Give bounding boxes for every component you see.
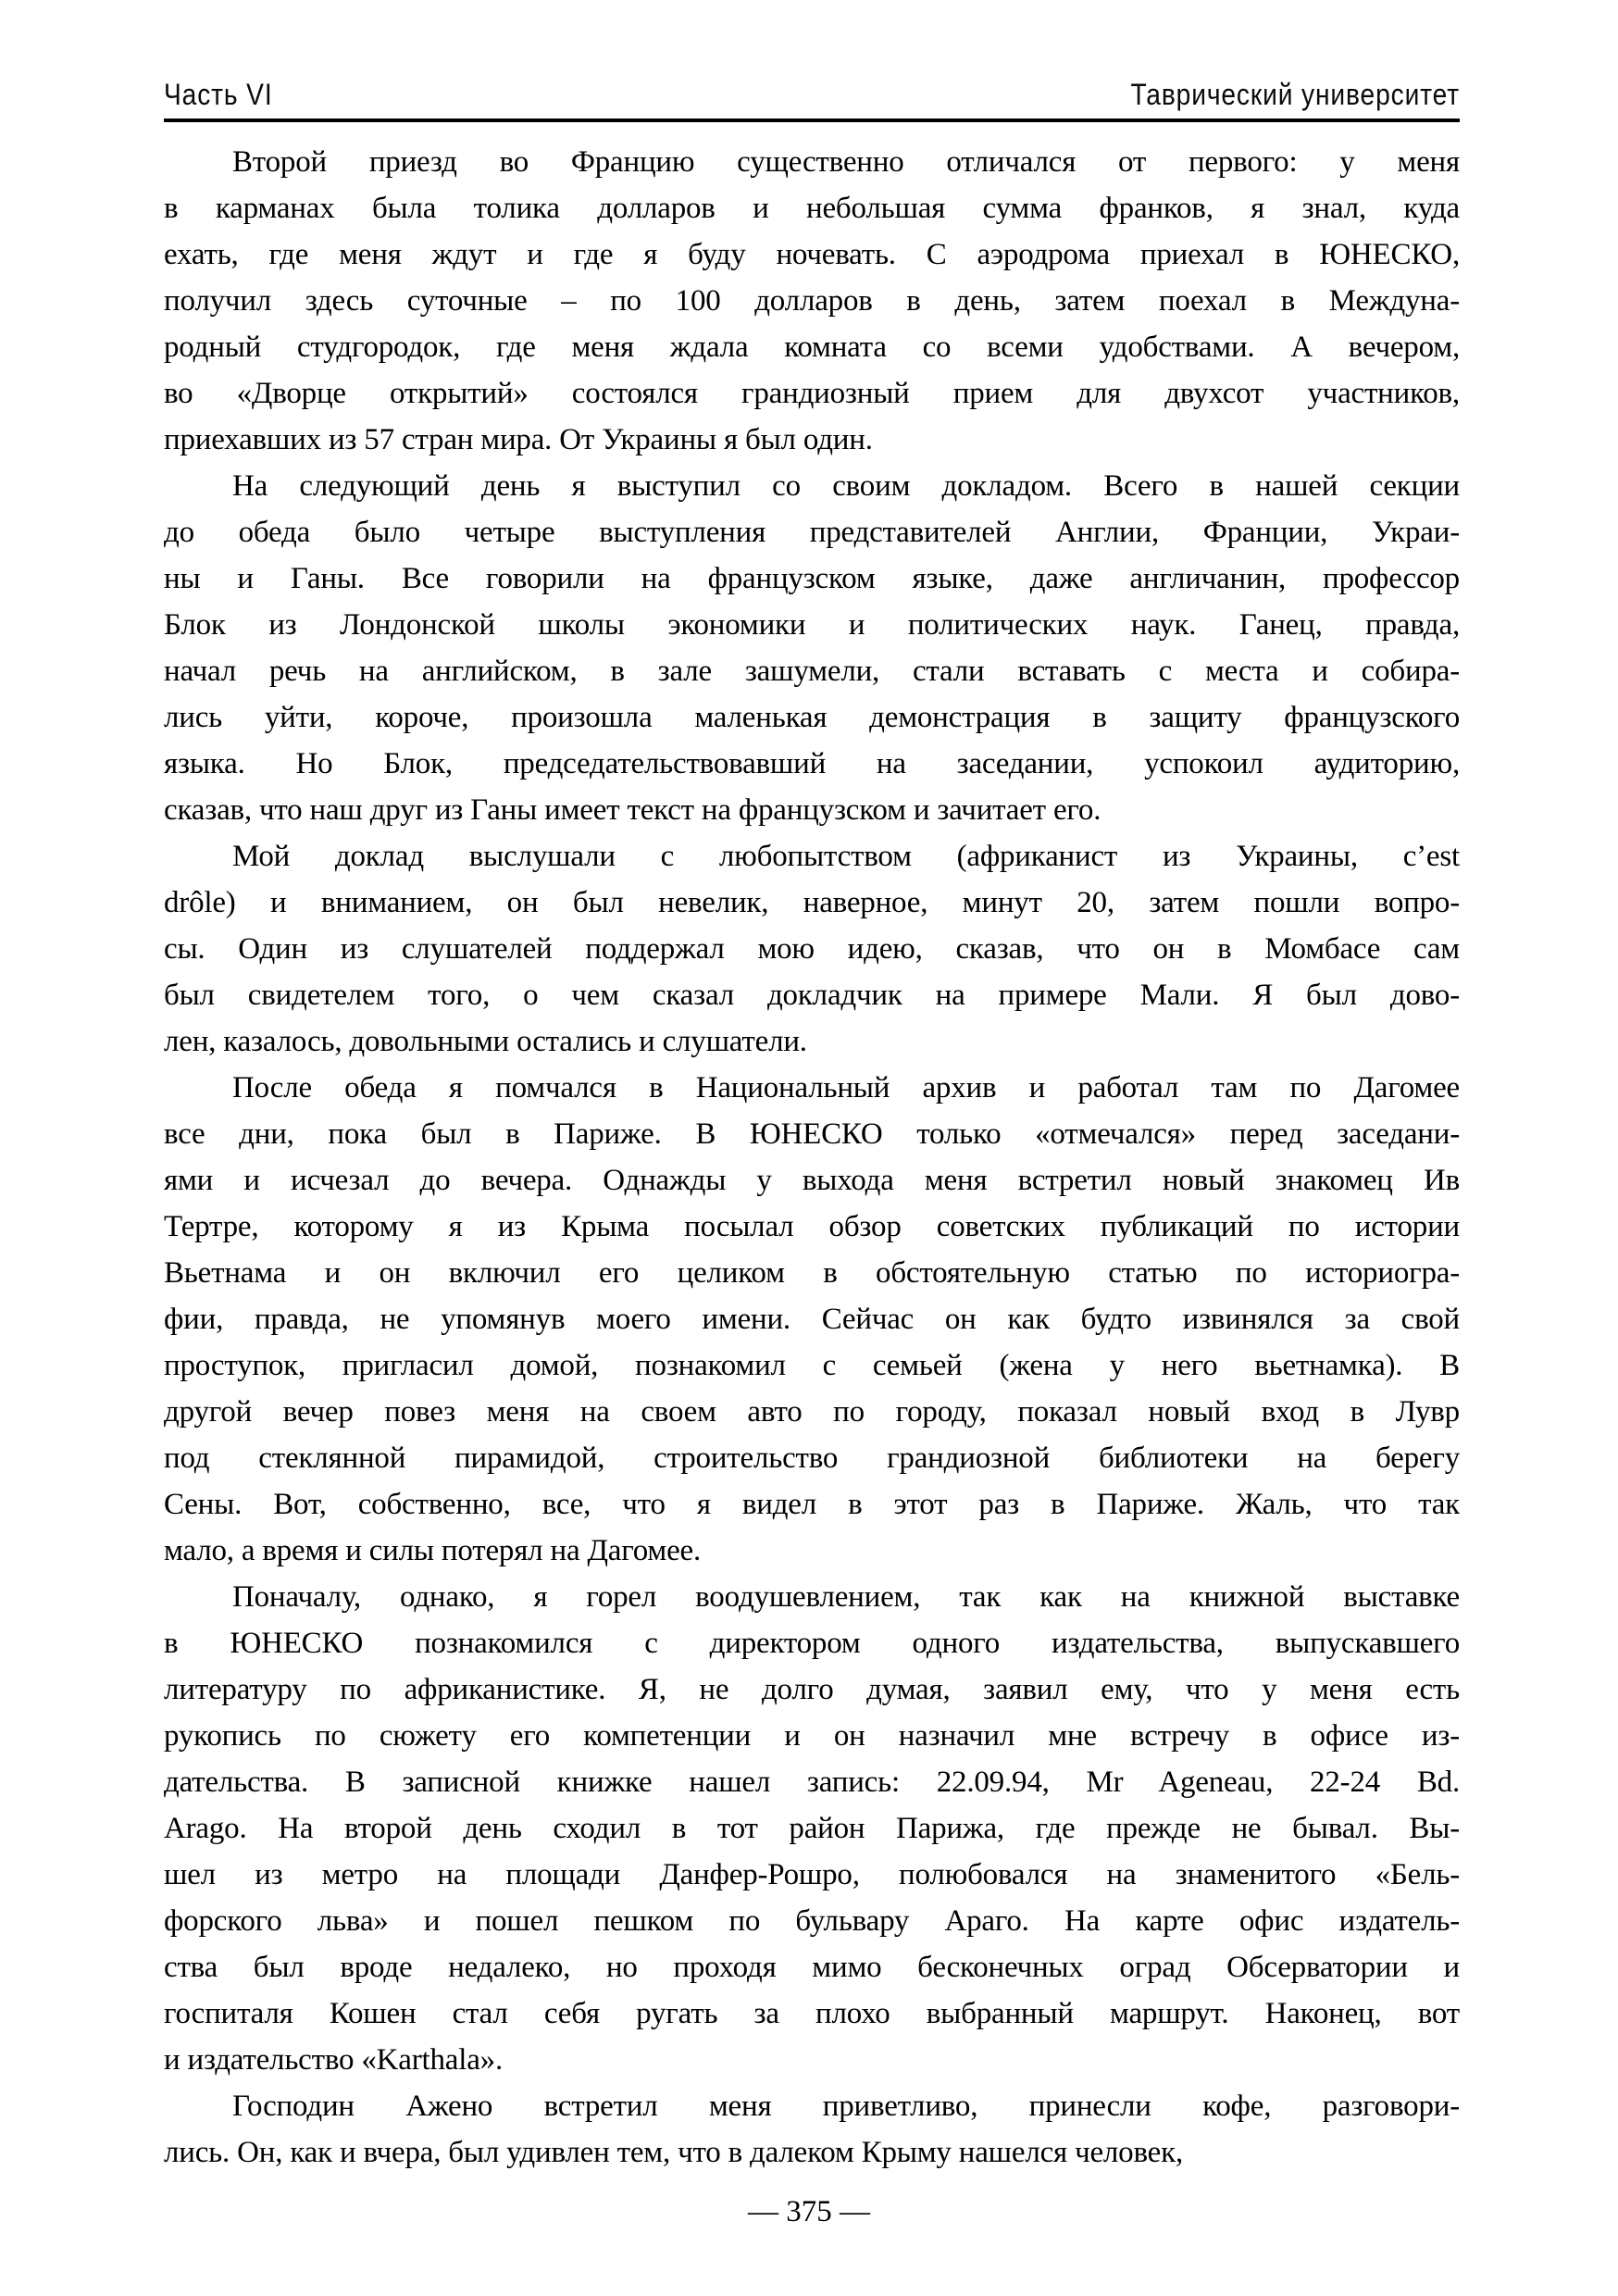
text-line: дательства. В записной книжке нашел запи… — [164, 1759, 1460, 1805]
text-line: шел из метро на площади Данфер-Рошро, по… — [164, 1852, 1460, 1898]
text-line: проступок, пригласил домой, познакомил с… — [164, 1342, 1460, 1389]
text-line: фии, правда, не упомянув моего имени. Се… — [164, 1296, 1460, 1342]
text-line: литературу по африканистике. Я, не долго… — [164, 1666, 1460, 1713]
text-line: ями и исчезал до вечера. Однажды у выход… — [164, 1157, 1460, 1204]
running-header: Часть VI Таврический университет — [164, 78, 1460, 115]
text-line: Господин Ажено встретил меня приветливо,… — [164, 2083, 1460, 2129]
text-line: Тертре, которому я из Крыма посылал обзо… — [164, 1204, 1460, 1250]
text-line: Мой доклад выслушали с любопытством (афр… — [164, 833, 1460, 880]
text-line: во «Дворце открытий» состоялся грандиозн… — [164, 370, 1460, 417]
text-line: лись уйти, короче, произошла маленькая д… — [164, 694, 1460, 741]
text-line: Второй приезд во Францию существенно отл… — [164, 139, 1460, 185]
page-body: Второй приезд во Францию существенно отл… — [164, 139, 1460, 2176]
text-line: Вьетнама и он включил его целиком в обст… — [164, 1250, 1460, 1296]
text-line: лись. Он, как и вчера, был удивлен тем, … — [164, 2129, 1460, 2176]
text-line: ехать, где меня ждут и где я буду ночева… — [164, 231, 1460, 278]
text-line: ства был вроде недалеко, но проходя мимо… — [164, 1944, 1460, 1990]
text-line: drôle) и вниманием, он был невелик, наве… — [164, 880, 1460, 926]
text-line: до обеда было четыре выступления предста… — [164, 509, 1460, 555]
text-line: сы. Один из слушателей поддержал мою иде… — [164, 926, 1460, 972]
text-line: под стеклянной пирамидой, строительство … — [164, 1435, 1460, 1481]
text-line: все дни, пока был в Париже. В ЮНЕСКО тол… — [164, 1111, 1460, 1157]
text-line: в ЮНЕСКО познакомился с директором одног… — [164, 1620, 1460, 1666]
text-line: На следующий день я выступил со своим до… — [164, 463, 1460, 509]
text-line: был свидетелем того, о чем сказал доклад… — [164, 972, 1460, 1018]
text-line: сказав, что наш друг из Ганы имеет текст… — [164, 787, 1460, 833]
text-line: получил здесь суточные – по 100 долларов… — [164, 278, 1460, 324]
text-line: в карманах была толика долларов и неболь… — [164, 185, 1460, 231]
text-line: языка. Но Блок, председательствовавший н… — [164, 741, 1460, 787]
book-page: Часть VI Таврический университет Второй … — [0, 0, 1618, 2296]
page-number: — 375 — — [748, 2195, 870, 2228]
text-line: Блок из Лондонской школы экономики и пол… — [164, 602, 1460, 648]
text-line: и издательство «Karthala». — [164, 2037, 1460, 2083]
text-line: другой вечер повез меня на своем авто по… — [164, 1389, 1460, 1435]
text-line: родный студгородок, где меня ждала комна… — [164, 324, 1460, 370]
text-line: Arago. На второй день сходил в тот район… — [164, 1805, 1460, 1852]
page-footer: — 375 — — [0, 2189, 1618, 2235]
header-rule — [164, 119, 1460, 122]
text-line: ны и Ганы. Все говорили на французском я… — [164, 555, 1460, 602]
text-line: После обеда я помчался в Национальный ар… — [164, 1065, 1460, 1111]
text-line: рукопись по сюжету его компетенции и он … — [164, 1713, 1460, 1759]
header-chapter-title: Таврический университет — [1130, 78, 1460, 112]
text-line: госпиталя Кошен стал себя ругать за плох… — [164, 1990, 1460, 2037]
header-part-title: Часть VI — [164, 78, 273, 112]
text-line: лен, казалось, довольными остались и слу… — [164, 1018, 1460, 1065]
text-line: начал речь на английском, в зале зашумел… — [164, 648, 1460, 694]
text-line: Сены. Вот, собственно, все, что я видел … — [164, 1481, 1460, 1528]
text-line: мало, а время и силы потерял на Дагомее. — [164, 1528, 1460, 1574]
text-line: приехавших из 57 стран мира. От Украины … — [164, 417, 1460, 463]
text-line: форского льва» и пошел пешком по бульвар… — [164, 1898, 1460, 1944]
text-line: Поначалу, однако, я горел воодушевлением… — [164, 1574, 1460, 1620]
